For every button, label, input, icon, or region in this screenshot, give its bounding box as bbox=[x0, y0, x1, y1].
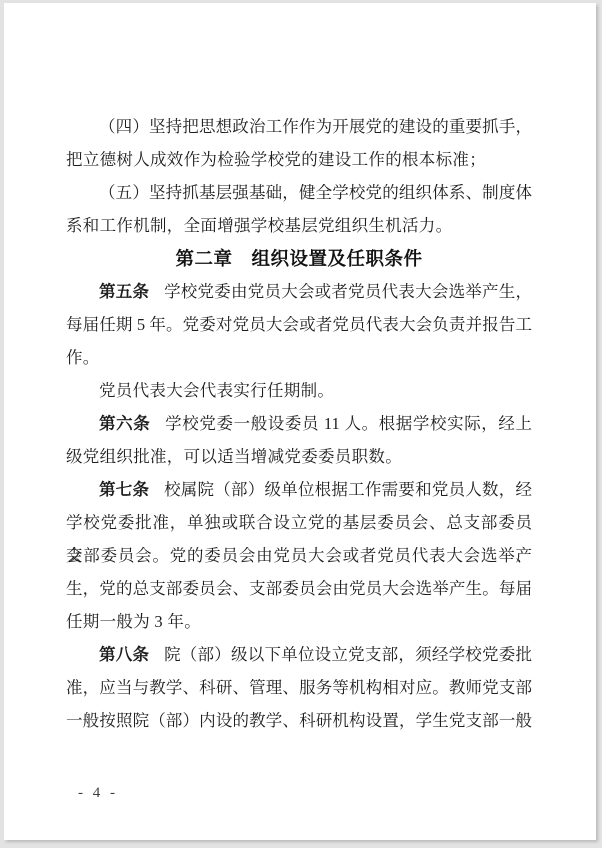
article-number: 第五条 bbox=[99, 282, 149, 301]
article-number: 第七条 bbox=[99, 480, 149, 499]
paragraph-line: 第八条院（部）级以下单位设立党支部，须经学校党委批 bbox=[66, 638, 532, 671]
paragraph-line: 生，党的总支部委员会、支部委员会由党员大会选举产生。每届 bbox=[66, 572, 532, 605]
paragraph-line: 每届任期 5 年。党委对党员大会或者党员代表大会负责并报告工 bbox=[66, 308, 532, 341]
paragraph-line: 把立德树人成效作为检验学校党的建设工作的根本标准； bbox=[66, 143, 532, 176]
paragraph-line: 系和工作机制，全面增强学校基层党组织生机活力。 bbox=[66, 209, 532, 242]
paragraph-line: 第七条校属院（部）级单位根据工作需要和党员人数，经 bbox=[66, 473, 532, 506]
paragraph-line: 第五条学校党委由党员大会或者党员代表大会选举产生， bbox=[66, 275, 532, 308]
chapter-heading: 第二章 组织设置及任职条件 bbox=[66, 242, 532, 275]
paragraph-line: 第六条学校党委一般设委员 11 人。根据学校实际，经上 bbox=[66, 407, 532, 440]
document-body: （四）坚持把思想政治工作作为开展党的建设的重要抓手， 把立德树人成效作为检验学校… bbox=[66, 110, 532, 737]
page-number: - 4 - bbox=[78, 782, 118, 804]
paragraph-line: 作。 bbox=[66, 341, 532, 374]
paragraph-line: 级党组织批准，可以适当增减党委委员职数。 bbox=[66, 440, 532, 473]
paragraph-line: 一般按照院（部）内设的教学、科研机构设置，学生党支部一般 bbox=[66, 704, 532, 737]
paragraph-line: 党员代表大会代表实行任期制。 bbox=[66, 374, 532, 407]
paragraph-line: 支部委员会。党的委员会由党员大会或者党员代表大会选举产 bbox=[66, 539, 532, 572]
line-text: 学校党委一般设委员 11 人。根据学校实际，经上 bbox=[165, 414, 532, 433]
paragraph-line: （五）坚持抓基层强基础，健全学校党的组织体系、制度体 bbox=[66, 176, 532, 209]
document-page: （四）坚持把思想政治工作作为开展党的建设的重要抓手， 把立德树人成效作为检验学校… bbox=[4, 3, 596, 840]
article-number: 第八条 bbox=[99, 645, 149, 664]
line-text: 校属院（部）级单位根据工作需要和党员人数，经 bbox=[164, 480, 532, 499]
paragraph-line: 学校党委批准，单独或联合设立党的基层委员会、总支部委员会、 bbox=[66, 506, 532, 539]
paragraph-line: 任期一般为 3 年。 bbox=[66, 605, 532, 638]
paragraph-line: （四）坚持把思想政治工作作为开展党的建设的重要抓手， bbox=[66, 110, 532, 143]
paragraph-line: 准，应当与教学、科研、管理、服务等机构相对应。教师党支部 bbox=[66, 671, 532, 704]
line-text: 学校党委由党员大会或者党员代表大会选举产生， bbox=[164, 282, 532, 301]
article-number: 第六条 bbox=[99, 414, 150, 433]
line-text: 院（部）级以下单位设立党支部，须经学校党委批 bbox=[164, 645, 532, 664]
